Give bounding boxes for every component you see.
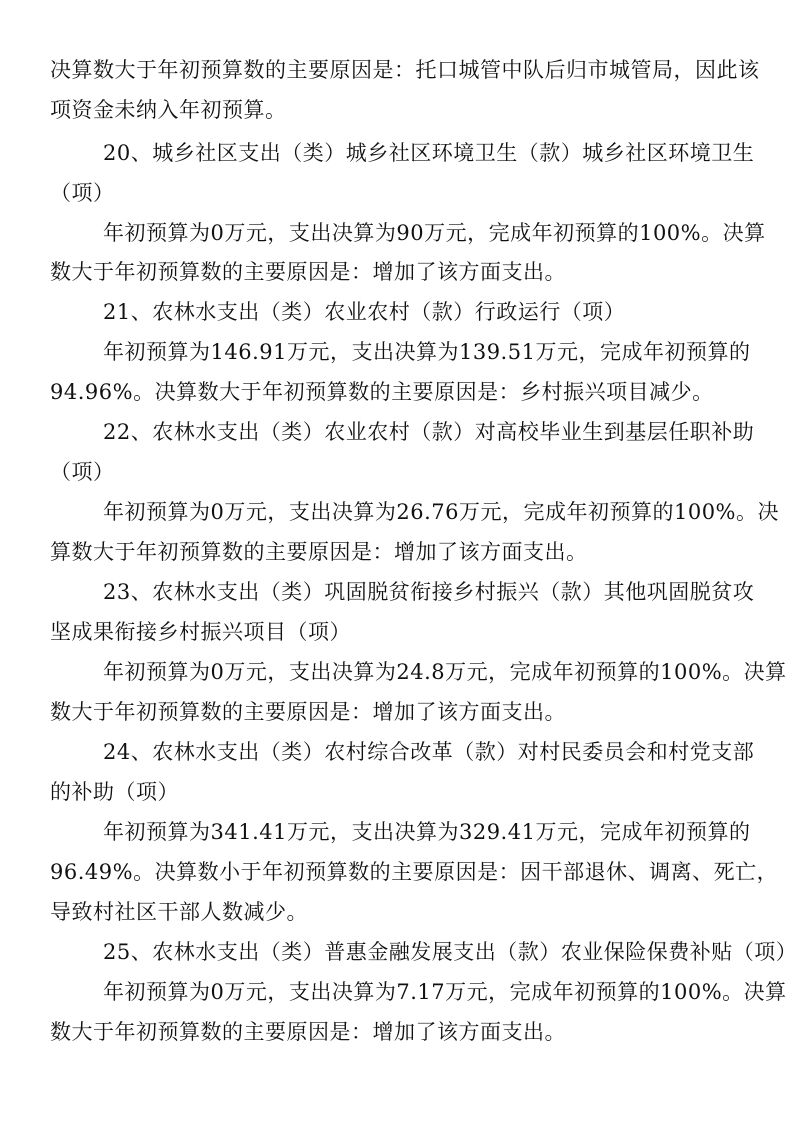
item-20-heading-cont: （项） xyxy=(50,179,750,207)
item-24-body-cont: 96.49%。决算数小于年初预算数的主要原因是：因干部退休、调离、死亡， xyxy=(50,858,750,886)
item-21-body-cont: 94.96%。决算数大于年初预算数的主要原因是：乡村振兴项目减少。 xyxy=(50,378,750,406)
item-24-heading-cont: 的补助（项） xyxy=(50,778,750,806)
item-22-heading: 22、农林水支出（类）农业农村（款）对高校毕业生到基层任职补助 xyxy=(103,418,793,446)
item-24-heading: 24、农林水支出（类）农村综合改革（款）对村民委员会和村党支部 xyxy=(103,738,793,766)
item-20-heading: 20、城乡社区支出（类）城乡社区环境卫生（款）城乡社区环境卫生 xyxy=(103,139,793,167)
item-21-heading: 21、农林水支出（类）农业农村（款）行政运行（项） xyxy=(103,298,793,326)
item-23-heading: 23、农林水支出（类）巩固脱贫衔接乡村振兴（款）其他巩固脱贫攻 xyxy=(103,578,793,606)
item-23-body: 年初预算为0万元，支出决算为24.8万元，完成年初预算的100%。决算 xyxy=(103,658,793,686)
item-25-body: 年初预算为0万元，支出决算为7.17万元，完成年初预算的100%。决算 xyxy=(103,978,793,1006)
item-20-body: 年初预算为0万元，支出决算为90万元，完成年初预算的100%。决算 xyxy=(103,219,793,247)
item-23-body-cont: 数大于年初预算数的主要原因是：增加了该方面支出。 xyxy=(50,698,750,726)
item-25-heading: 25、农林水支出（类）普惠金融发展支出（款）农业保险保费补贴（项） xyxy=(103,938,793,966)
item-20-body-cont: 数大于年初预算数的主要原因是：增加了该方面支出。 xyxy=(50,258,750,286)
item-22-body-cont: 算数大于年初预算数的主要原因是：增加了该方面支出。 xyxy=(50,538,750,566)
item-23-heading-cont: 坚成果衔接乡村振兴项目（项） xyxy=(50,618,750,646)
item-21-body: 年初预算为146.91万元，支出决算为139.51万元，完成年初预算的 xyxy=(103,338,793,366)
item-25-body-cont: 数大于年初预算数的主要原因是：增加了该方面支出。 xyxy=(50,1018,750,1046)
item-22-body: 年初预算为0万元，支出决算为26.76万元，完成年初预算的100%。决 xyxy=(103,498,793,526)
text-line-2: 项资金未纳入年初预算。 xyxy=(50,96,750,124)
document-page: 决算数大于年初预算数的主要原因是：托口城管中队后归市城管局，因此该 项资金未纳入… xyxy=(0,0,793,1122)
item-24-body: 年初预算为341.41万元，支出决算为329.41万元，完成年初预算的 xyxy=(103,818,793,846)
item-22-heading-cont: （项） xyxy=(50,458,750,486)
text-line-1: 决算数大于年初预算数的主要原因是：托口城管中队后归市城管局，因此该 xyxy=(50,56,750,84)
item-24-body-cont-2: 导致村社区干部人数减少。 xyxy=(50,898,750,926)
